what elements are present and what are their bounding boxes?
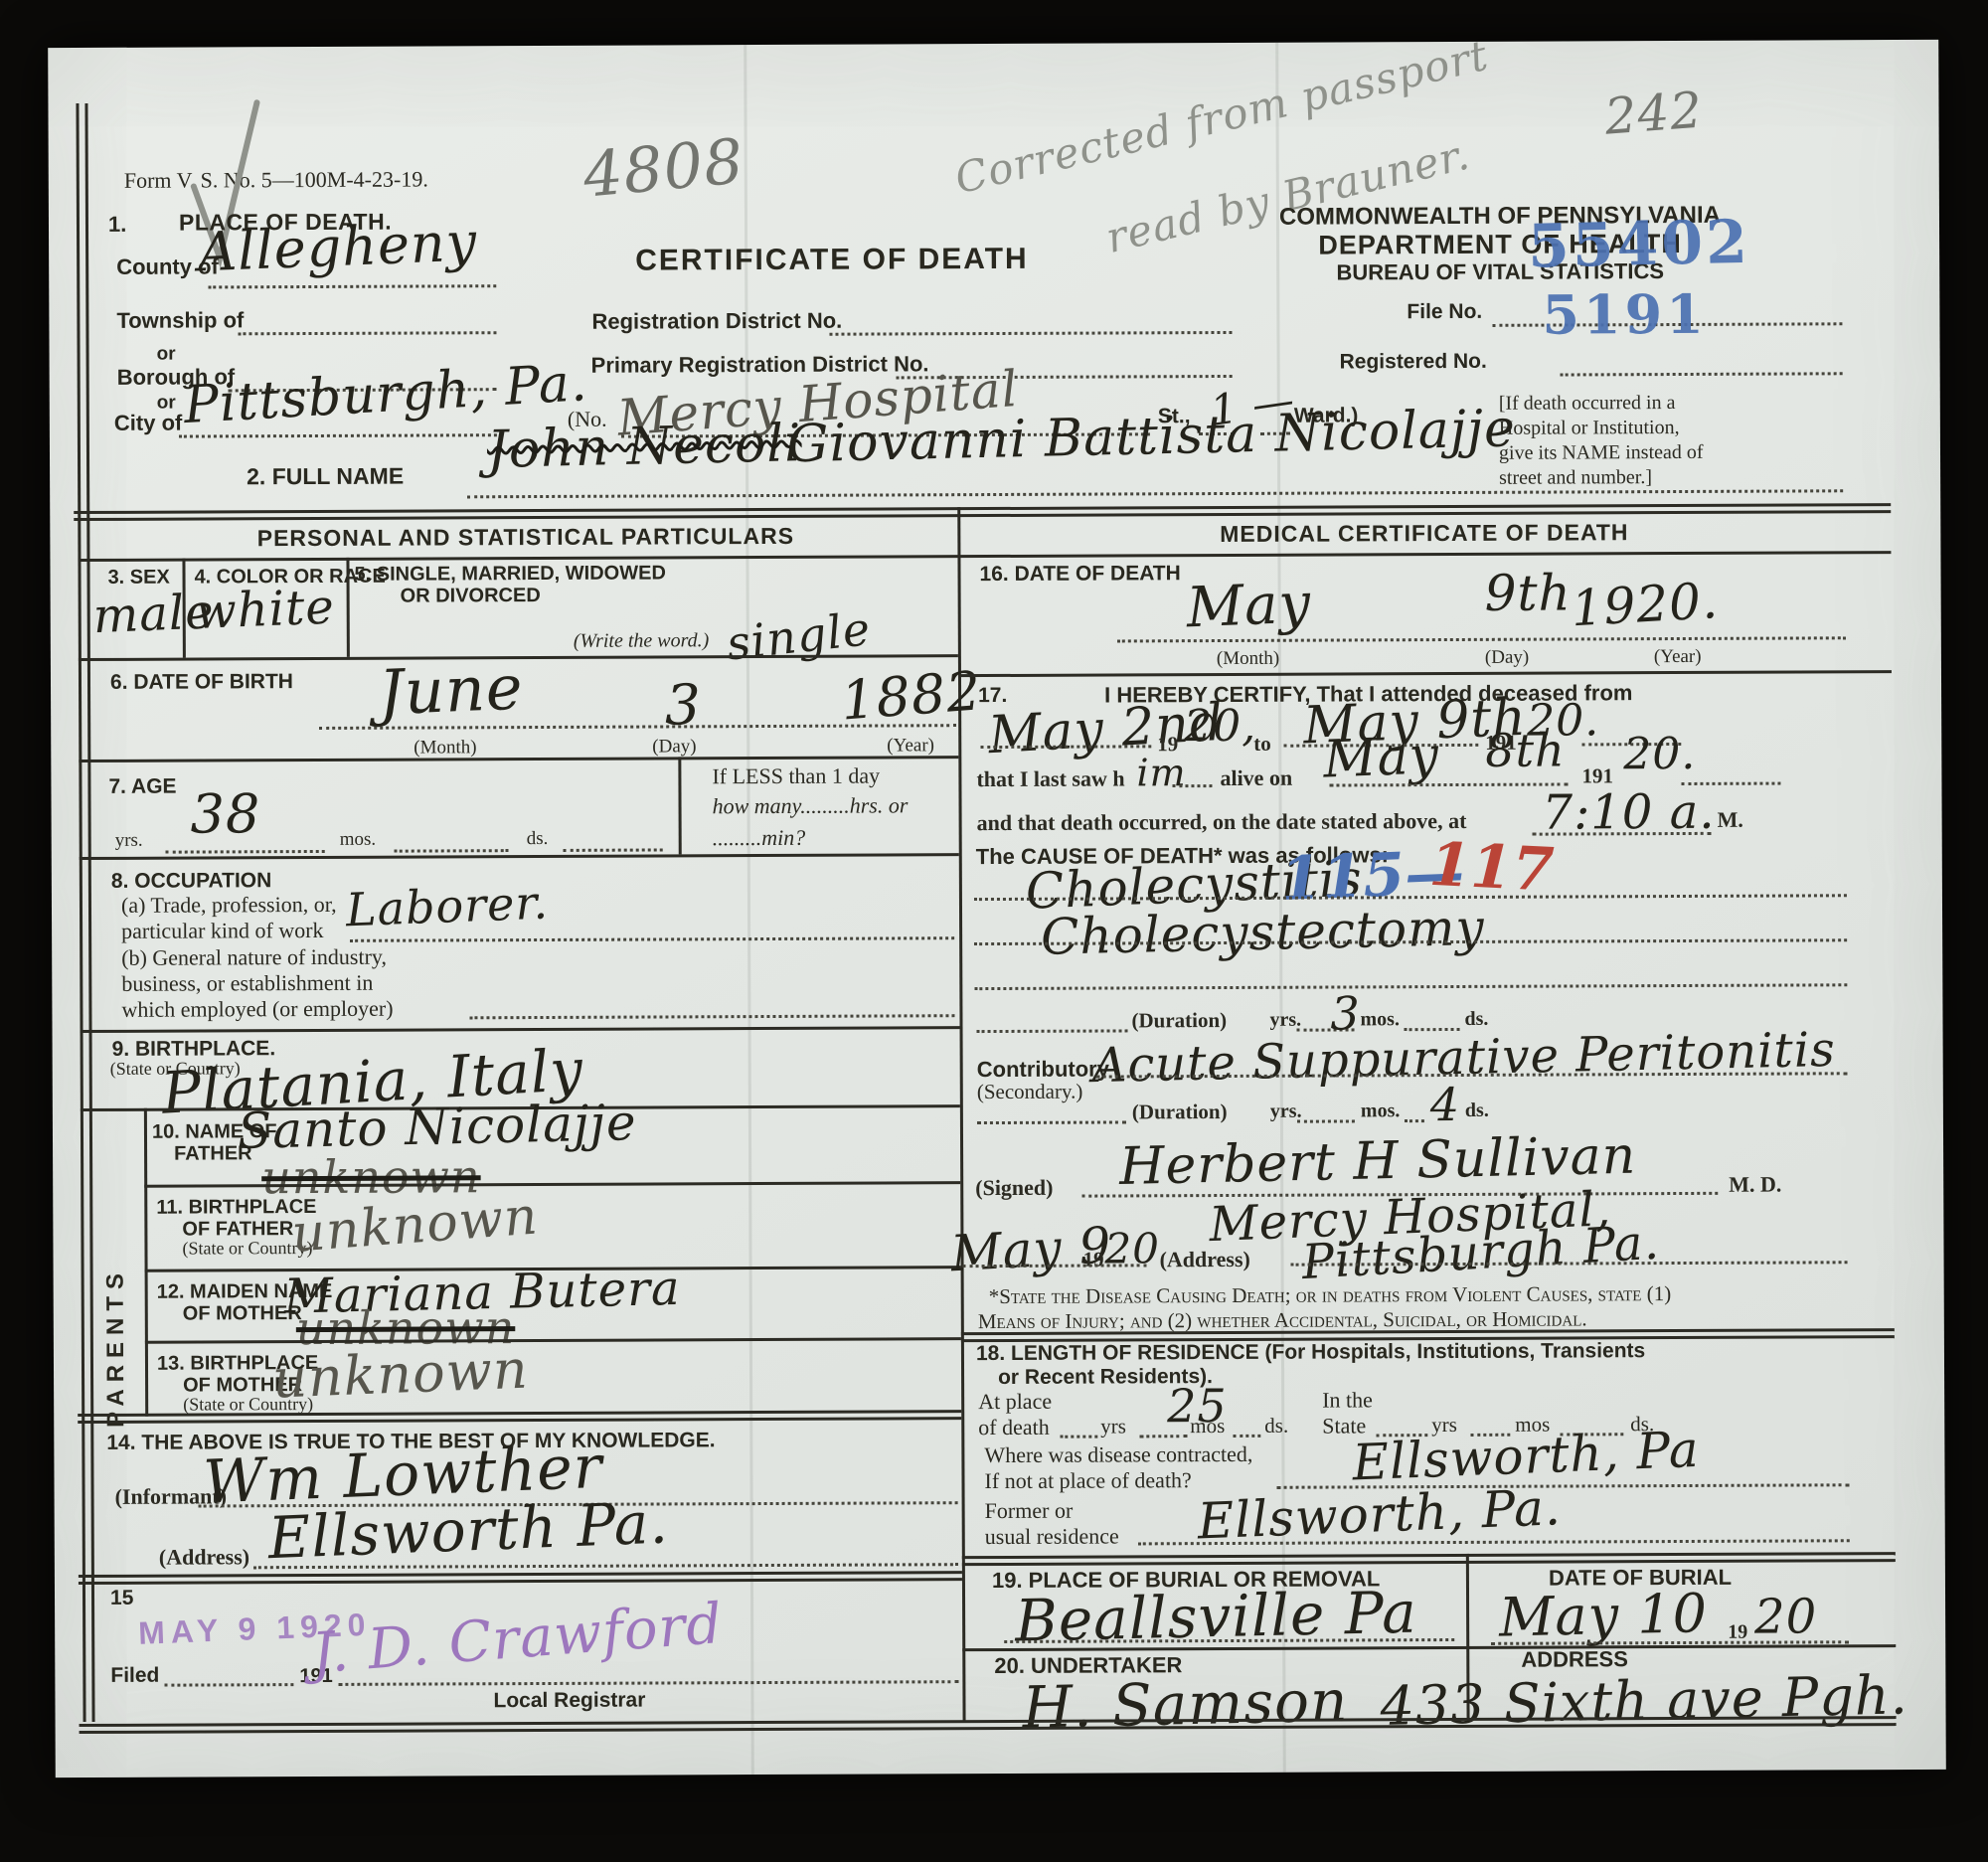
ds-caption: ds. bbox=[1465, 1100, 1489, 1121]
rule bbox=[80, 853, 959, 860]
to-label: to bbox=[1253, 733, 1271, 756]
dotted-line bbox=[350, 936, 954, 942]
dotted-line bbox=[1139, 1435, 1187, 1438]
printed-19: 19 bbox=[1082, 1249, 1103, 1271]
dotted-line bbox=[1060, 1436, 1097, 1439]
death-certificate-page: Form V. S. No. 5—100M-4-23-19. 4808 Corr… bbox=[48, 40, 1946, 1777]
last-saw-text: that I last saw h bbox=[976, 766, 1124, 791]
township-label: Township of bbox=[116, 308, 244, 333]
md-label: M. D. bbox=[1729, 1173, 1781, 1197]
age-label: 7. AGE bbox=[108, 775, 176, 798]
page-number-pencil: 242 bbox=[1603, 84, 1705, 145]
if-less-line1: If LESS than 1 day bbox=[712, 764, 880, 789]
attended-from-year-handwritten: 20, bbox=[1184, 703, 1256, 752]
year-caption: (Year) bbox=[1654, 647, 1702, 668]
left-border-line bbox=[76, 103, 85, 1722]
yrs-caption: yrs. bbox=[1270, 1100, 1302, 1122]
paper-crease bbox=[744, 45, 754, 1775]
left-border-line bbox=[84, 103, 94, 1722]
dotted-line bbox=[564, 848, 663, 851]
in-the-label: In the bbox=[1322, 1388, 1373, 1412]
marital-label-line2: OR DIVORCED bbox=[401, 585, 541, 607]
form-number: Form V. S. No. 5—100M-4-23-19. bbox=[124, 167, 428, 193]
cell-divider bbox=[346, 558, 349, 657]
dotted-line bbox=[1172, 784, 1212, 787]
death-day-handwritten: 9th bbox=[1485, 566, 1572, 620]
informant-address-handwritten: Ellsworth Pa. bbox=[267, 1491, 670, 1571]
occupation-b-line1: (b) General nature of industry, bbox=[121, 945, 387, 970]
former-residence-line2: usual residence bbox=[985, 1524, 1119, 1549]
contracted-line2: If not at place of death? bbox=[984, 1468, 1191, 1493]
ds-caption: ds. bbox=[1464, 1008, 1488, 1030]
occupation-label: 8. OCCUPATION bbox=[111, 869, 272, 893]
cell-divider bbox=[182, 559, 185, 658]
heavy-rule bbox=[962, 1552, 1896, 1566]
full-name-handwritten: Giovanni Battista Nicolajje bbox=[786, 401, 1516, 473]
dob-year-handwritten: 1882 bbox=[839, 661, 983, 731]
contributory-handwritten: Acute Suppurative Peritonitis bbox=[1091, 1024, 1836, 1093]
secondary-label: (Secondary.) bbox=[977, 1081, 1083, 1104]
yrs-caption: yrs. bbox=[115, 831, 143, 852]
duration-label: (Duration) bbox=[1131, 1009, 1227, 1033]
yrs-caption: yrs. bbox=[1269, 1009, 1301, 1031]
death-month-handwritten: May bbox=[1186, 573, 1313, 638]
personal-section-heading: PERSONAL AND STATISTICAL PARTICULARS bbox=[93, 523, 957, 552]
medical-section-heading: MEDICAL CERTIFICATE OF DEATH bbox=[957, 519, 1891, 548]
dotted-line bbox=[338, 1680, 958, 1686]
month-caption: (Month) bbox=[414, 738, 476, 759]
occupation-b-line2: business, or establishment in bbox=[121, 971, 373, 996]
item17-number: 17. bbox=[978, 684, 1007, 707]
registration-district-label: Registration District No. bbox=[591, 309, 842, 334]
race-handwritten: white bbox=[195, 581, 336, 638]
registered-no-label: Registered No. bbox=[1340, 350, 1487, 374]
rule bbox=[145, 1337, 961, 1344]
parents-bracket-line bbox=[144, 1108, 148, 1417]
full-name-struck-handwritten: John Necoli bbox=[486, 416, 802, 479]
signed-label: (Signed) bbox=[975, 1176, 1053, 1201]
dotted-line bbox=[977, 1120, 1126, 1124]
duration-label: (Duration) bbox=[1132, 1100, 1228, 1124]
dotted-line bbox=[179, 433, 497, 437]
occupation-a-line2: particular kind of work bbox=[121, 919, 324, 943]
occupation-handwritten: Laborer. bbox=[345, 877, 550, 935]
item15-number: 15 bbox=[110, 1587, 133, 1609]
registered-number-stamp: 5191 bbox=[1542, 285, 1708, 345]
if-less-line3: .........min? bbox=[713, 826, 806, 851]
alive-on-text: alive on bbox=[1220, 766, 1292, 791]
contributory-duration-handwritten: 4 bbox=[1430, 1080, 1461, 1130]
residence-label-line1: 18. LENGTH OF RESIDENCE (For Hospitals, … bbox=[976, 1339, 1645, 1365]
parents-vertical-label: PARENTS bbox=[102, 1169, 130, 1428]
mother-birthplace-handwritten: unknown bbox=[271, 1340, 530, 1409]
occupation-b-line3: which employed (or employer) bbox=[121, 997, 393, 1022]
cause2-handwritten: Cholecystectomy bbox=[1041, 901, 1486, 965]
rule bbox=[958, 670, 1892, 677]
former-residence-handwritten: Ellsworth, Pa. bbox=[1197, 1480, 1563, 1549]
dotted-line bbox=[1405, 1119, 1424, 1122]
hospital-name-note: [If death occurred in a Hospital or Inst… bbox=[1499, 391, 1718, 491]
if-less-line2: how many.........hrs. or bbox=[712, 793, 908, 818]
item1-number: 1. bbox=[108, 213, 126, 237]
filed-label: Filed bbox=[110, 1664, 159, 1687]
heavy-rule bbox=[79, 1571, 962, 1585]
last-saw-day-handwritten: 8th bbox=[1485, 726, 1566, 776]
registrar-signature-handwritten: J. D. Crawford bbox=[309, 1594, 725, 1685]
burial-year-handwritten: 20 bbox=[1754, 1591, 1817, 1643]
day-caption: (Day) bbox=[1485, 648, 1529, 669]
age-handwritten: 38 bbox=[190, 784, 260, 844]
year-caption: (Year) bbox=[887, 736, 934, 757]
ds-caption: ds. bbox=[527, 829, 549, 850]
dotted-line bbox=[1329, 782, 1568, 786]
undertaker-handwritten: H. Samson bbox=[1022, 1670, 1349, 1741]
dotted-line bbox=[208, 284, 496, 288]
footnote-line1: *State the Disease Causing Death; or in … bbox=[989, 1282, 1672, 1308]
death-occurred-text: and that death occurred, on the date sta… bbox=[977, 809, 1467, 835]
informant-address-label: (Address) bbox=[159, 1545, 249, 1570]
full-name-label: 2. FULL NAME bbox=[247, 464, 404, 490]
mos-caption: mos. bbox=[1360, 1008, 1400, 1030]
marital-label-line1: 5. SINGLE, MARRIED, WIDOWED bbox=[354, 562, 665, 585]
or-label: or bbox=[157, 345, 176, 366]
printed-19: 19 bbox=[1728, 1621, 1747, 1643]
last-saw-year-handwritten: 20. bbox=[1623, 731, 1696, 779]
month-caption: (Month) bbox=[1217, 649, 1279, 670]
city-label: City of bbox=[114, 412, 183, 435]
dob-label: 6. DATE OF BIRTH bbox=[110, 670, 293, 694]
burial-date-handwritten: May 10 bbox=[1498, 1584, 1708, 1647]
rule bbox=[78, 551, 1891, 562]
mos-caption: mos. bbox=[1361, 1100, 1401, 1121]
write-the-word-hint: (Write the word.) bbox=[574, 629, 710, 652]
dotted-line bbox=[1297, 1119, 1355, 1122]
rule bbox=[79, 756, 958, 762]
dotted-line bbox=[395, 849, 509, 853]
physician-address-label: (Address) bbox=[1159, 1248, 1249, 1272]
county-handwritten: Allegheny bbox=[197, 212, 478, 281]
date-of-death-label: 16. DATE OF DEATH bbox=[979, 562, 1180, 586]
dotted-line bbox=[164, 1683, 293, 1687]
dotted-line bbox=[467, 489, 1843, 498]
occupation-a-line1: (a) Trade, profession, or, bbox=[121, 893, 337, 918]
rule bbox=[81, 1026, 960, 1033]
contributory-label: Contributory bbox=[977, 1058, 1109, 1083]
at-place-days-handwritten: 25 bbox=[1167, 1381, 1228, 1432]
dotted-line bbox=[166, 850, 325, 854]
death-year-handwritten: 1920. bbox=[1570, 574, 1720, 636]
dotted-line bbox=[1561, 372, 1843, 376]
at-place-line2: of death bbox=[978, 1416, 1050, 1439]
dotted-line bbox=[1233, 1435, 1260, 1438]
former-residence-line1: Former or bbox=[985, 1499, 1074, 1524]
cert-number-handwritten: 4808 bbox=[580, 127, 746, 210]
local-registrar-label: Local Registrar bbox=[493, 1689, 645, 1713]
ds-caption: ds. bbox=[1264, 1415, 1288, 1438]
dotted-line bbox=[977, 1029, 1128, 1033]
yrs-caption: yrs bbox=[1100, 1415, 1126, 1438]
dotted-line bbox=[238, 331, 496, 335]
dotted-line bbox=[829, 331, 1232, 336]
day-caption: (Day) bbox=[652, 737, 696, 758]
dotted-line bbox=[974, 983, 1847, 990]
file-no-label: File No. bbox=[1407, 300, 1482, 323]
cell-divider bbox=[678, 757, 681, 854]
last-saw-him-handwritten: im bbox=[1136, 753, 1186, 794]
certificate-title: CERTIFICATE OF DEATH bbox=[635, 243, 963, 276]
file-number-stamp: 55402 bbox=[1527, 210, 1750, 280]
last-saw-month-handwritten: May bbox=[1322, 728, 1440, 789]
dob-month-handwritten: June bbox=[378, 654, 525, 728]
dotted-line bbox=[469, 1014, 954, 1019]
mos-caption: mos. bbox=[340, 830, 377, 851]
undertaker-address-label: ADDRESS bbox=[1521, 1647, 1628, 1672]
m-label: M. bbox=[1718, 808, 1743, 832]
contracted-line1: Where was disease contracted, bbox=[984, 1442, 1252, 1467]
at-place-line1: At place bbox=[978, 1390, 1052, 1415]
cause-code-red-crayon: 117 bbox=[1427, 832, 1555, 904]
